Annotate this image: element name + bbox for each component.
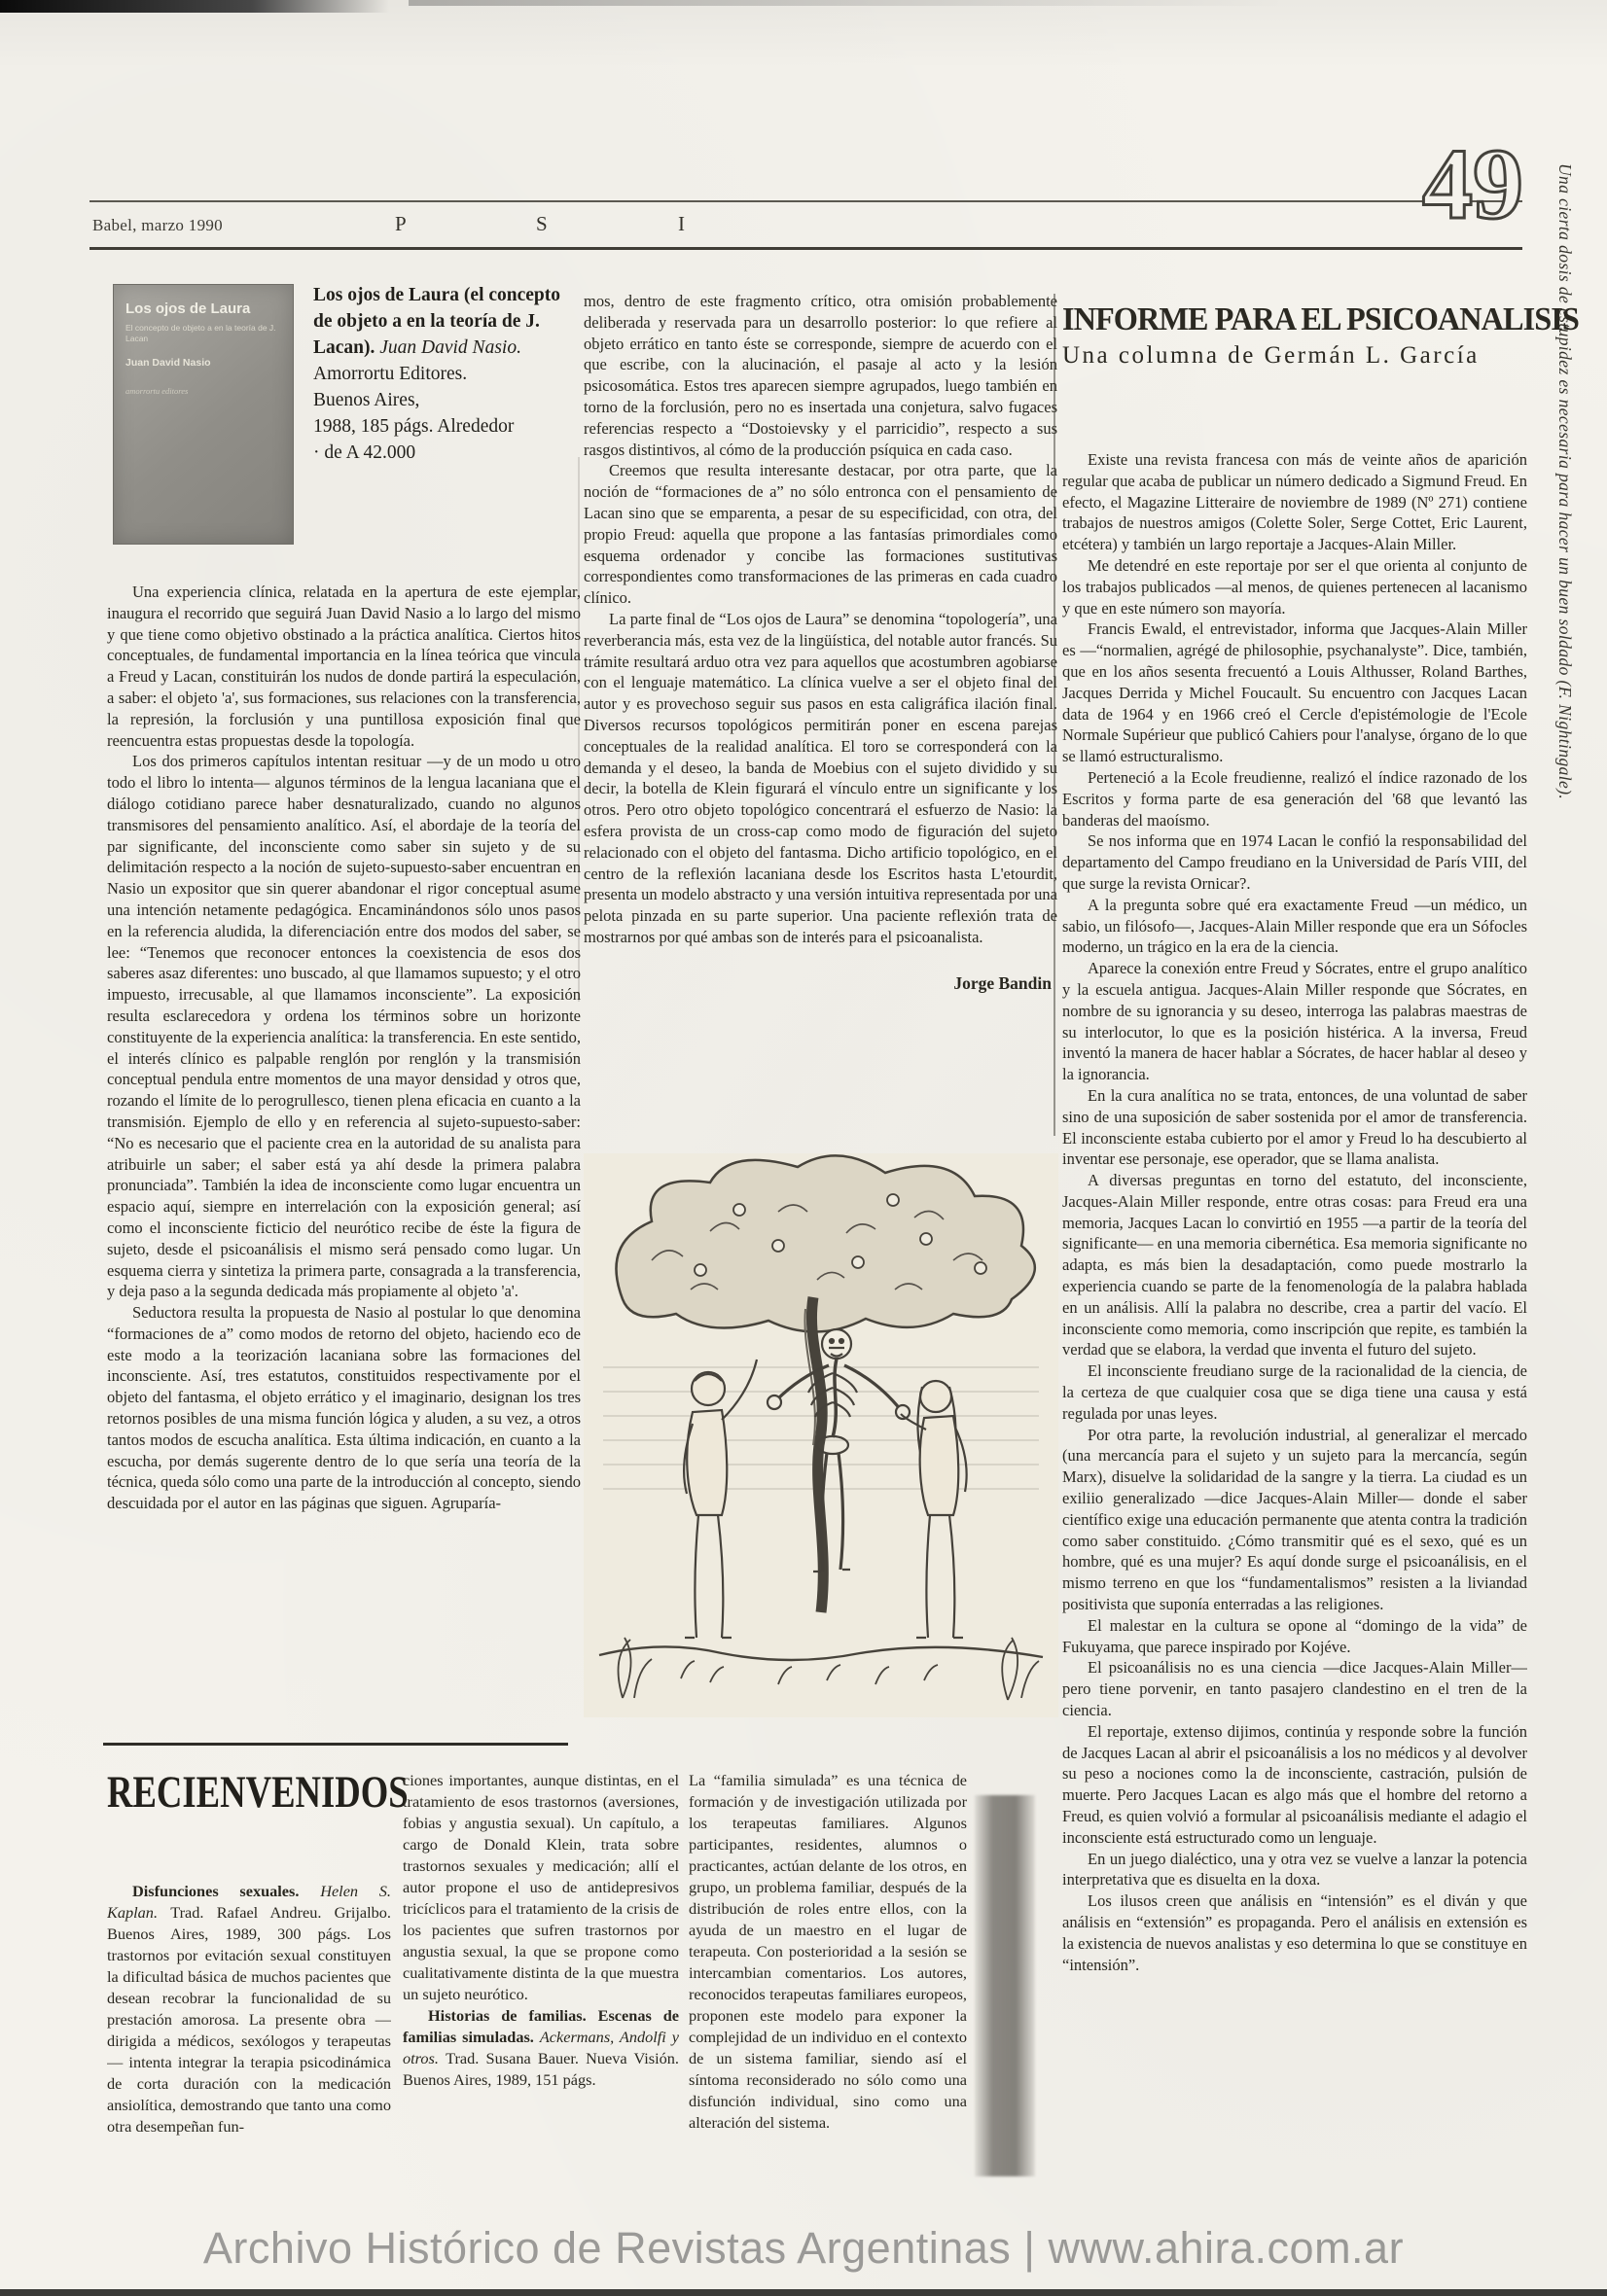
informe-paragraph: El malestar en la cultura se opone al “d… [1062, 1615, 1527, 1658]
column-gutter-rule-left [578, 457, 580, 1002]
informe-paragraph: En la cura analítica no se trata, entonc… [1062, 1085, 1527, 1170]
section-letter-i: I [678, 212, 685, 236]
book-cover-author: Juan David Nasio [125, 357, 281, 369]
informe-paragraph: A diversas preguntas en torno del estatu… [1062, 1170, 1527, 1360]
section-letter-s: S [536, 212, 548, 236]
recienvenidos-column-b: ciones importantes, aunque distintas, en… [403, 1770, 679, 2209]
book-entry-continuation: ciones importantes, aunque distintas, en… [403, 1770, 679, 2005]
scan-bottom-bar [0, 2289, 1607, 2296]
review-paragraph: Creemos que resulta interesante destacar… [584, 460, 1057, 609]
informe-paragraph: Existe una revista francesa con más de v… [1062, 449, 1527, 555]
book-cover-title: Los ojos de Laura [125, 300, 281, 317]
informe-title: INFORME PARA EL PSICOANALISIS [1062, 301, 1579, 338]
recienvenidos-title: RECIENVENIDOS [107, 1766, 409, 1819]
informe-paragraph: Por otra parte, la revolución industrial… [1062, 1425, 1527, 1615]
recienvenidos-column-a: Disfunciones sexuales. Helen S. Kaplan. … [107, 1881, 391, 2202]
book-entry-title: Disfunciones sexuales. [132, 1882, 320, 1900]
review-paragraph: Los dos primeros capítulos intentan resi… [107, 751, 581, 1302]
recienvenidos-column-c: La “familia simulada” es una técnica de … [689, 1770, 967, 2209]
scan-fold-artifact [975, 1795, 1035, 2176]
informe-paragraph: El psicoanálisis no es una ciencia —dice… [1062, 1657, 1527, 1720]
archive-watermark: Archivo Histórico de Revistas Argentinas… [0, 2223, 1607, 2274]
magazine-page: Babel, marzo 1990 P S I 49 Una cierta do… [0, 0, 1607, 2296]
book-citation: Los ojos de Laura (el concepto de objeto… [313, 282, 570, 466]
book-cover-publisher: amorrortu editores [125, 386, 281, 396]
column-divider-rule [103, 1743, 568, 1746]
informe-paragraph: Francis Ewald, el entrevistador, informa… [1062, 618, 1527, 767]
issue-label: Babel, marzo 1990 [92, 216, 223, 235]
book-entry-body: Trad. Rafael Andreu. Grijalbo. Buenos Ai… [107, 1903, 391, 2136]
book-cover-thumbnail: Los ojos de Laura El concepto de objeto … [113, 284, 294, 545]
review-signature: Jorge Bandin [584, 973, 1057, 995]
citation-author: Juan David Nasio. [379, 337, 521, 358]
informe-paragraph: En un juego dialéctico, una y otra vez s… [1062, 1849, 1527, 1891]
scan-top-bar [0, 0, 389, 13]
review-paragraph: Seductora resulta la propuesta de Nasio … [107, 1302, 581, 1514]
informe-paragraph: Los ilusos creen que análisis en “intens… [1062, 1890, 1527, 1975]
review-column-2: mos, dentro de este fragmento crítico, o… [584, 291, 1057, 1147]
woodcut-engraving-adam-eve-death [584, 1153, 1058, 1717]
informe-paragraph: Me detendré en este reportaje por ser el… [1062, 555, 1527, 618]
review-paragraph: La parte final de “Los ojos de Laura” se… [584, 609, 1057, 948]
citation-price: · de A 42.000 [313, 440, 570, 466]
book-entry-paragraph: La “familia simulada” es una técnica de … [689, 1770, 967, 2134]
header-rule-bottom [89, 247, 1522, 250]
book-entry: Disfunciones sexuales. Helen S. Kaplan. … [107, 1881, 391, 2137]
scan-top-shadow [409, 0, 1284, 6]
review-paragraph: Una experiencia clínica, relatada en la … [107, 582, 581, 751]
review-column-1: Una experiencia clínica, relatada en la … [107, 582, 581, 1737]
informe-paragraph: Perteneció a la Ecole freudienne, realiz… [1062, 767, 1527, 830]
section-letter-p: P [395, 212, 407, 236]
review-paragraph: mos, dentro de este fragmento crítico, o… [584, 291, 1057, 460]
citation-publisher: Amorrortu Editores. [313, 361, 570, 387]
book-cover-subtitle: El concepto de objeto a en la teoría de … [125, 323, 281, 343]
informe-paragraph: A la pregunta sobre qué era exactamente … [1062, 895, 1527, 958]
informe-paragraph: El inconsciente freudiano surge de la ra… [1062, 1360, 1527, 1424]
header-rule-top [89, 200, 1522, 202]
book-entry: Historias de familias. Escenas de famili… [403, 2005, 679, 2091]
informe-subtitle: Una columna de Germán L. García [1062, 342, 1480, 370]
column-gutter-rule-right [1053, 294, 1055, 1136]
informe-paragraph: Se nos informa que en 1974 Lacan le conf… [1062, 830, 1527, 894]
citation-city: Buenos Aires, [313, 387, 570, 413]
informe-paragraph: Aparece la conexión entre Freud y Sócrat… [1062, 958, 1527, 1085]
informe-column: Existe una revista francesa con más de v… [1062, 449, 1527, 2196]
informe-paragraph: El reportaje, extenso dijimos, continúa … [1062, 1721, 1527, 1849]
citation-details: 1988, 185 págs. Alrededor [313, 413, 570, 440]
page-number: 49 [1422, 134, 1523, 235]
